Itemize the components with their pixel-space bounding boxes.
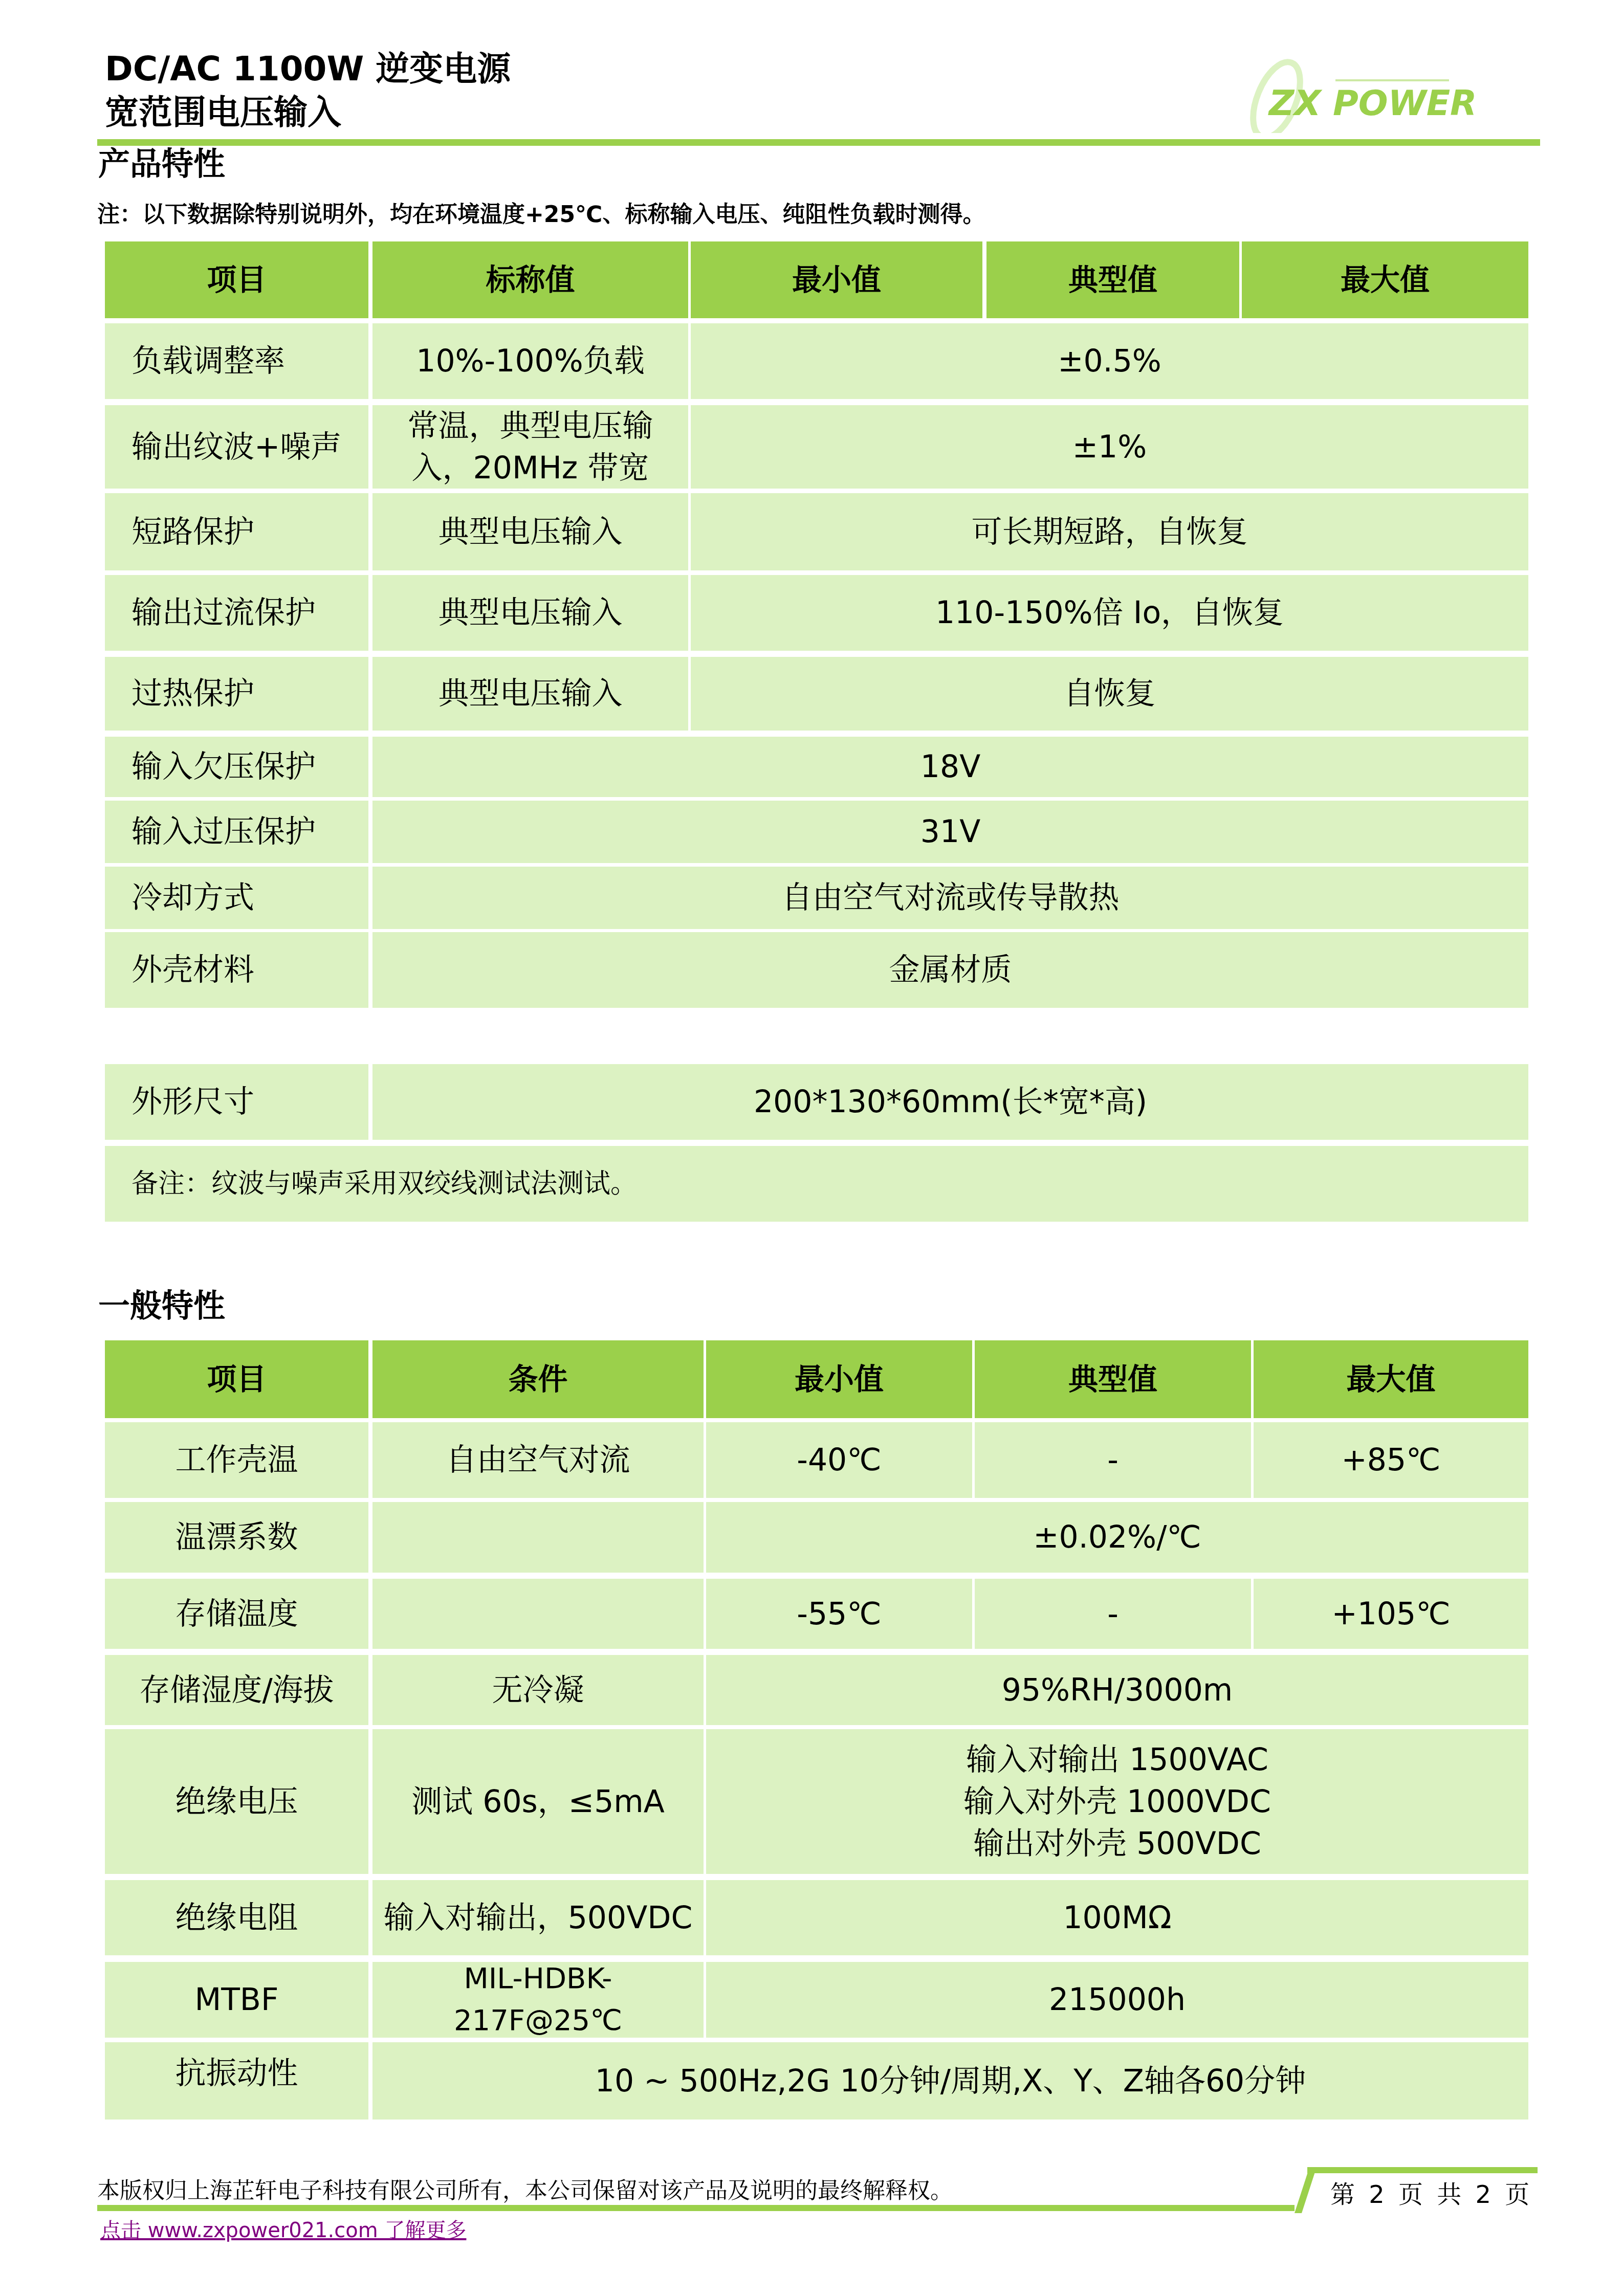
header-rule [97,139,1540,146]
isolation-line: 输入对外壳 1000VDC [963,1781,1271,1823]
col-header-max: 最大值 [1242,241,1528,318]
table-row-typ: - [975,1579,1251,1649]
table-row-nominal: 10%-100%负载 [372,323,688,399]
table-row-item: 短路保护 [105,493,368,570]
table-row-value: 200*130*60mm(长*宽*高) [372,1064,1528,1140]
page-indicator: 第 2 页 共 2 页 [1330,2180,1532,2209]
table-row-value: 95%RH/3000m [706,1655,1528,1725]
table-row-typ: - [975,1422,1251,1498]
table-row-item: 抗振动性 [105,2042,368,2120]
table-row-item: MTBF [105,1962,368,2038]
isolation-line: 输出对外壳 500VDC [963,1823,1271,1865]
table-row-condition: MIL-HDBK-217F@25℃ [372,1962,704,2038]
table-row-condition [372,1579,704,1649]
table-row-item: 存储温度 [105,1579,368,1649]
nominal-line: 入，20MHz 带宽 [408,447,653,489]
nominal-line: 常温，典型电压输 [408,405,653,447]
table-row-max: +105℃ [1254,1579,1528,1649]
table-row-item: 外形尺寸 [105,1064,368,1140]
table-row-min: -40℃ [706,1422,972,1498]
col-header-min: 最小值 [706,1340,972,1418]
table-row-value: 100MΩ [706,1880,1528,1955]
table-row-item: 绝缘电阻 [105,1880,368,1955]
table-row-max: +85℃ [1254,1422,1528,1498]
footer-slash-decoration [1295,2167,1317,2213]
table-row-nominal: 典型电压输入 [372,493,688,570]
col-header-typ: 典型值 [975,1340,1251,1418]
table-row-item: 输出过流保护 [105,575,368,651]
table-row-item: 温漂系数 [105,1502,368,1573]
table-row-nominal: 典型电压输入 [372,575,688,651]
copyright-notice: 本版权归上海芷轩电子科技有限公司所有，本公司保留对该产品及说明的最终解释权。 [97,2177,953,2205]
table-row-condition: 输入对输出，500VDC [372,1880,704,1955]
table-row-value: 10 ~ 500Hz,2G 10分钟/周期,X、Y、Z轴各60分钟 [372,2042,1528,2120]
col-header-item: 项目 [105,241,368,318]
footer-rule [97,2205,1295,2211]
col-header-max: 最大值 [1254,1340,1528,1418]
website-link[interactable]: 点击 www.zxpower021.com 了解更多 [100,2218,466,2243]
table-row-value: 自恢复 [691,657,1528,731]
logo-text-power: POWER [1333,83,1477,124]
table-row-item: 输入欠压保护 [105,737,368,797]
measurement-note: 注：以下数据除特别说明外，均在环境温度+25℃、标称输入电压、纯阻性负载时测得。 [97,201,985,229]
table-row-value: 31V [372,801,1528,863]
table-row-value: 自由空气对流或传导散热 [372,867,1528,929]
table-row-value: 215000h [706,1962,1528,2038]
table-row-min: -55℃ [706,1579,972,1649]
table-row-condition: 无冷凝 [372,1655,704,1725]
table-row-condition: 测试 60s，≤5mA [372,1729,704,1874]
logo-text-zx: ZX [1268,83,1323,124]
document-title: DC/AC 1100W 逆变电源 [105,49,511,90]
table-row-value: 110-150%倍 Io，自恢复 [691,575,1528,651]
zxpower-logo: ZX POWER [1228,51,1545,133]
table-row-item: 存储湿度/海拔 [105,1655,368,1725]
table-row-value: ±1% [691,405,1528,489]
table-row-item: 外壳材料 [105,932,368,1008]
col-header-condition: 条件 [372,1340,704,1418]
table-remark: 备注：纹波与噪声采用双绞线测试法测试。 [105,1146,1528,1222]
table-row-item: 绝缘电压 [105,1729,368,1874]
table-row-value: 18V [372,737,1528,797]
col-header-typ: 典型值 [986,241,1239,318]
col-header-item: 项目 [105,1340,368,1418]
isolation-line: 输入对输出 1500VAC [963,1739,1271,1781]
col-header-nominal: 标称值 [372,241,688,318]
col-header-min: 最小值 [691,241,982,318]
table-row-value: 可长期短路，自恢复 [691,493,1528,570]
table-row-item: 冷却方式 [105,867,368,929]
product-section-title: 产品特性 [98,146,225,182]
table-row-item: 输入过压保护 [105,801,368,863]
table-row-value: ±0.02%/℃ [706,1502,1528,1573]
table-row-item: 输出纹波+噪声 [105,405,368,489]
table-row-condition [372,1502,704,1573]
table-row-condition: 自由空气对流 [372,1422,704,1498]
general-section-title: 一般特性 [98,1288,225,1324]
table-row-item: 负载调整率 [105,323,368,399]
document-subtitle: 宽范围电压输入 [105,92,341,133]
table-row-value: 金属材质 [372,932,1528,1008]
table-row-item: 过热保护 [105,657,368,731]
table-row-item: 工作壳温 [105,1422,368,1498]
table-row-nominal: 常温，典型电压输 入，20MHz 带宽 [372,405,688,489]
table-row-nominal: 典型电压输入 [372,657,688,731]
table-row-value: ±0.5% [691,323,1528,399]
footer-rule-top [1307,2167,1538,2173]
table-row-value: 输入对输出 1500VAC 输入对外壳 1000VDC 输出对外壳 500VDC [706,1729,1528,1874]
